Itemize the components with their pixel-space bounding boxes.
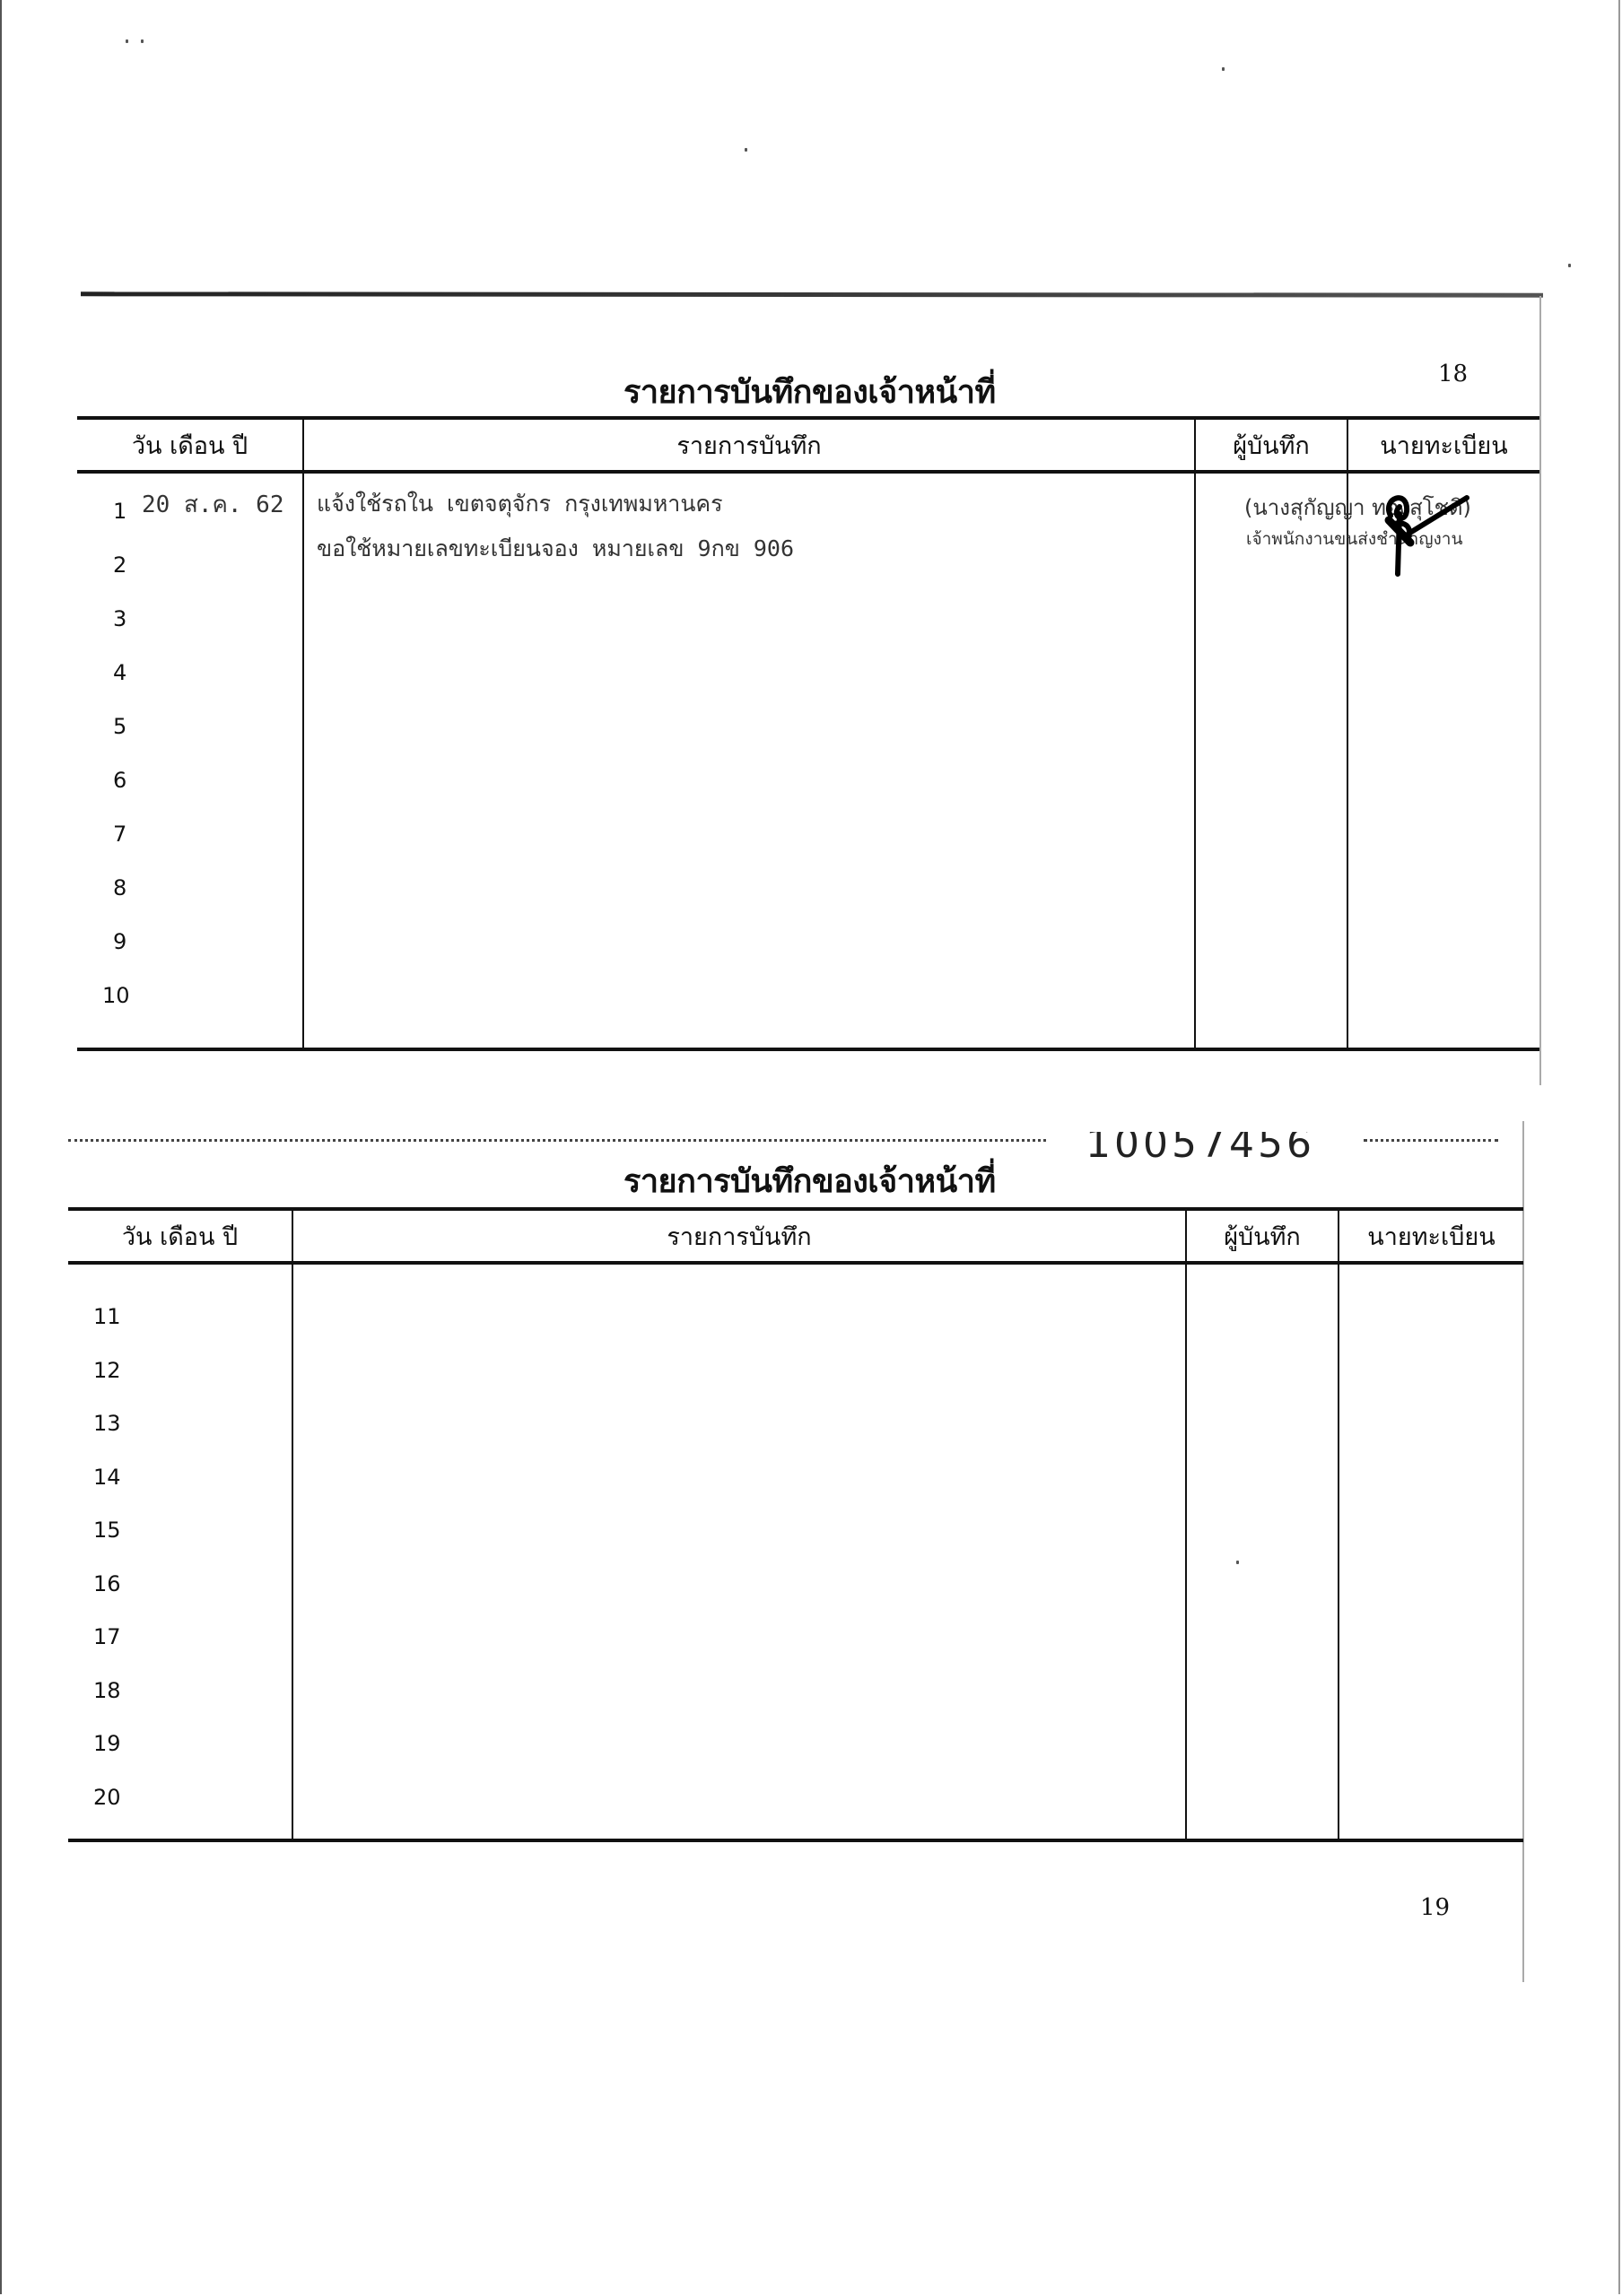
- row-number: 7: [113, 822, 126, 847]
- row-number: 1: [113, 499, 126, 524]
- row-number: 20: [93, 1785, 121, 1810]
- records-table-bottom: วัน เดือน ปี รายการบันทึก ผู้บันทึก นายท…: [68, 1207, 1523, 1842]
- page-number: 18: [1438, 361, 1468, 387]
- row-number: 14: [93, 1465, 121, 1490]
- record-line: ขอใช้หมายเลขทะเบียนจอง หมายเลข 9กข 906: [317, 531, 794, 567]
- column-header-recorder: ผู้บันทึก: [1186, 1209, 1339, 1263]
- row-number: 10: [102, 983, 130, 1008]
- row-number: 12: [93, 1358, 121, 1383]
- records-table-top: วัน เดือน ปี รายการบันทึก ผู้บันทึก นายท…: [77, 416, 1539, 1051]
- scan-speck: [1568, 264, 1571, 267]
- row-number: 15: [93, 1518, 121, 1543]
- column-header-date: วัน เดือน ปี: [77, 418, 303, 472]
- date-cell: 11121314151617181920: [68, 1263, 292, 1840]
- record-line: แจ้งใช้รถใน เขตจตุจักร กรุงเทพมหานคร: [317, 486, 723, 522]
- row-number: 8: [113, 875, 126, 900]
- row-number: 11: [93, 1304, 121, 1329]
- row-number: 19: [93, 1731, 121, 1756]
- row-number: 13: [93, 1411, 121, 1436]
- dotted-separator: [1364, 1139, 1498, 1142]
- page-edge: [1539, 296, 1541, 1085]
- row-number: 16: [93, 1571, 121, 1596]
- row-number: 6: [113, 768, 126, 793]
- row-number: 9: [113, 929, 126, 954]
- section-title: รายการบันทึกของเจ้าหน้าที่: [624, 1155, 996, 1206]
- row-number: 4: [113, 660, 126, 685]
- date-cell: 20 ส.ค. 62 12345678910: [77, 472, 303, 1049]
- registrar-cell: [1339, 1263, 1523, 1840]
- record-cell: [292, 1263, 1186, 1840]
- page-number: 19: [1420, 1894, 1450, 1921]
- column-header-record: รายการบันทึก: [292, 1209, 1186, 1263]
- column-header-date: วัน เดือน ปี: [68, 1209, 292, 1263]
- row-number: 2: [113, 552, 126, 578]
- signature-icon: [1373, 489, 1471, 578]
- row-number: 17: [93, 1624, 121, 1649]
- scan-speck: [745, 148, 747, 152]
- record-cell: แจ้งใช้รถใน เขตจตุจักร กรุงเทพมหานคร ขอใ…: [303, 472, 1195, 1049]
- recorder-cell: (นางสุกัญญา ทองสุโชติ) เจ้าพนักงานขนส่งช…: [1195, 472, 1347, 1049]
- recorder-cell: [1186, 1263, 1339, 1840]
- scan-speck: [1236, 1561, 1239, 1564]
- entry-date: 20 ส.ค. 62: [142, 486, 284, 523]
- scan-speck: [141, 39, 144, 43]
- scan-speck: [1222, 67, 1225, 71]
- row-number: 3: [113, 606, 126, 631]
- column-header-recorder: ผู้บันทึก: [1195, 418, 1347, 472]
- row-number: 18: [93, 1678, 121, 1703]
- column-header-registrar: นายทะเบียน: [1339, 1209, 1523, 1263]
- dotted-separator: [68, 1139, 1046, 1142]
- column-header-registrar: นายทะเบียน: [1347, 418, 1539, 472]
- scan-speck: [126, 39, 128, 43]
- section-title: รายการบันทึกของเจ้าหน้าที่: [624, 366, 996, 417]
- row-number: 5: [113, 714, 126, 739]
- column-header-record: รายการบันทึก: [303, 418, 1195, 472]
- scanned-page: [0, 0, 1620, 2294]
